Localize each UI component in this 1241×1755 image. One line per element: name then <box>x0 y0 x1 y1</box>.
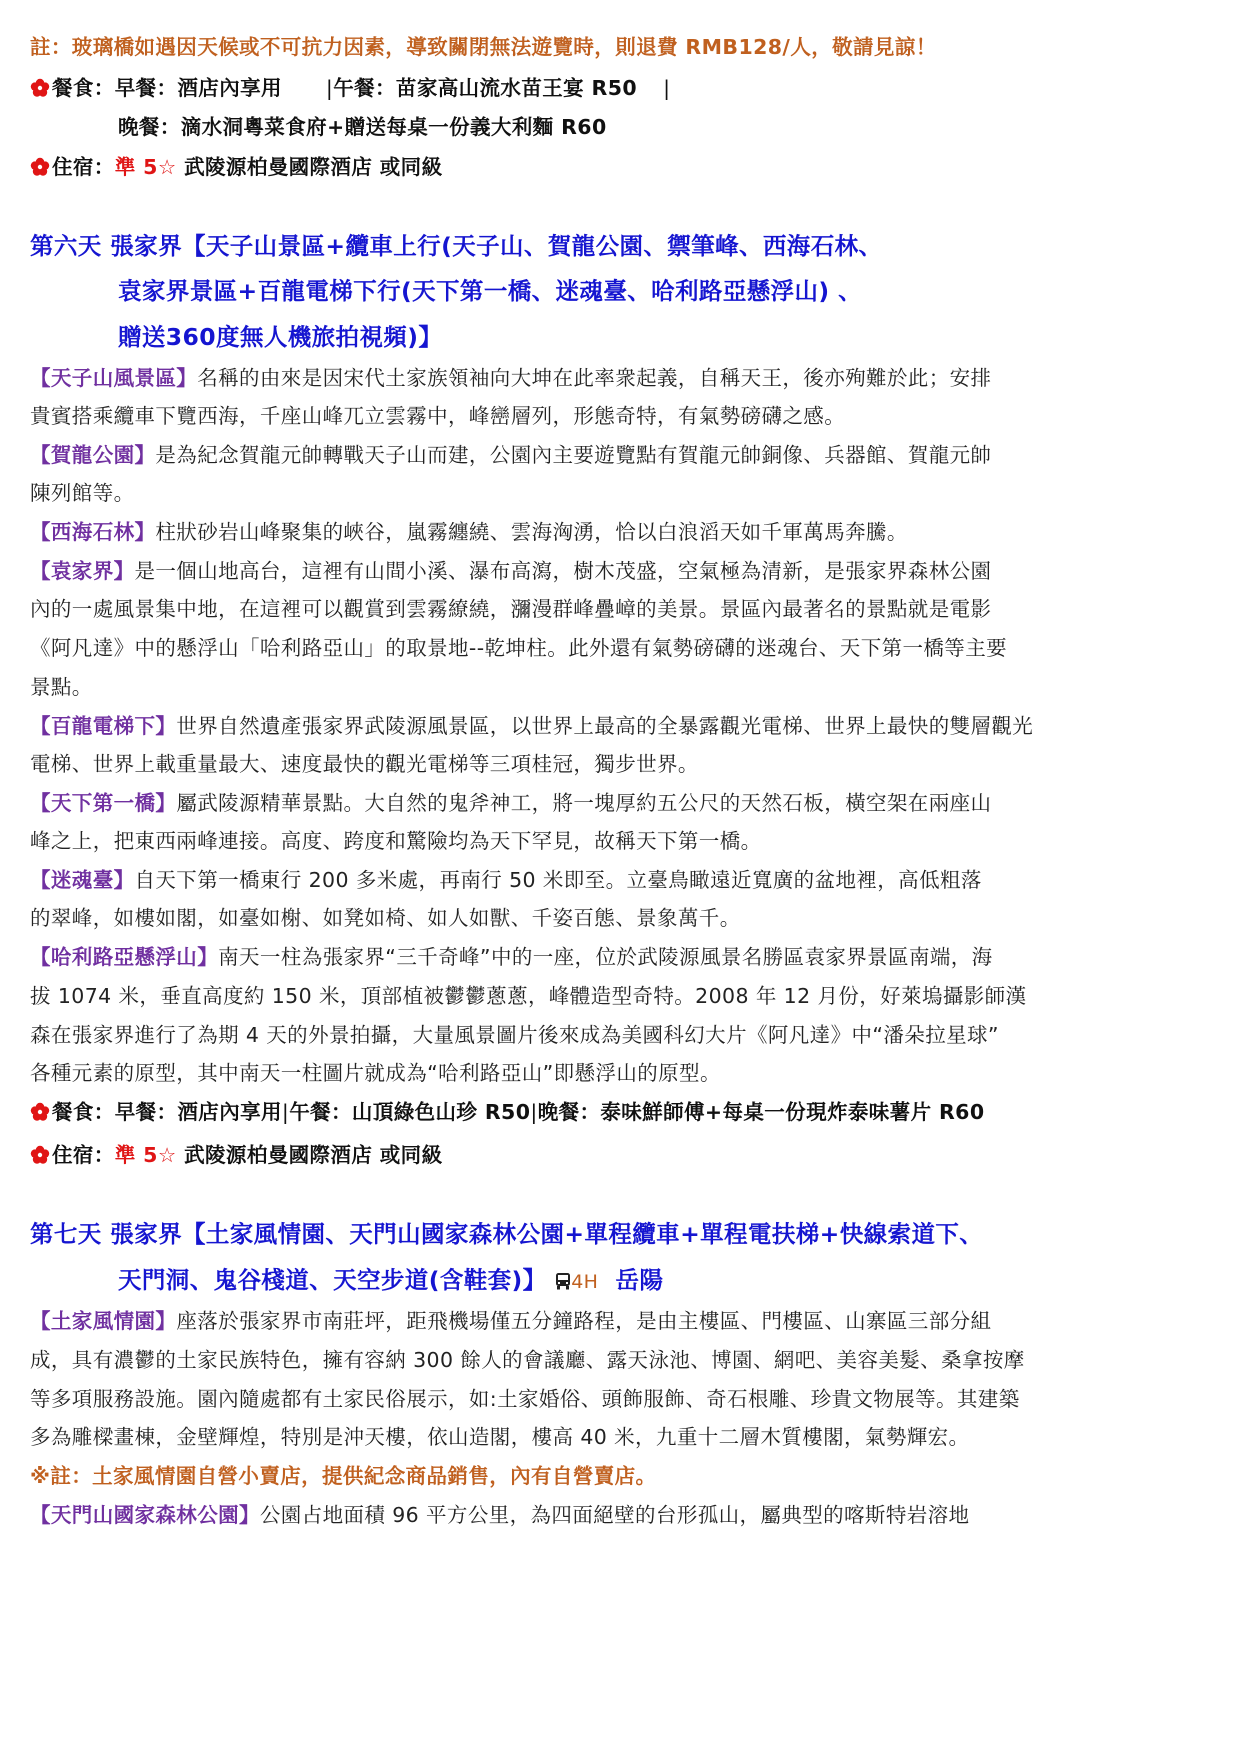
day6-title-line-1: 第六天 張家界【天子山景區+纜車上行(天子山、賀龍公園、禦筆峰、西海石林、 <box>30 229 882 263</box>
attraction-xihai-stone-forest: 【西海石林】柱狀砂岩山峰聚集的峽谷，嵐霧纏繞、雲海洶湧，恰以白浪滔天如千軍萬馬奔… <box>30 517 908 547</box>
flower-icon <box>30 1102 50 1122</box>
attraction-text: 峰之上，把東西兩峰連接。高度、跨度和驚險均為天下罕見，故稱天下第一橋。 <box>30 826 762 856</box>
attraction-bailong-elevator: 【百龍電梯下】世界自然遺產張家界武陵源風景區，以世界上最高的全暴露觀光電梯、世界… <box>30 711 1033 741</box>
flower-icon <box>30 1145 50 1165</box>
attraction-hallelujah-mountain: 【哈利路亞懸浮山】南天一柱為張家界“三千奇峰”中的一座，位於武陵源風景名勝區袁家… <box>30 942 993 972</box>
day7-title-line-1: 第七天 張家界【土家風情園、天門山國家森林公園+單程纜車+單程電扶梯+快線索道下… <box>30 1217 983 1251</box>
separator: | <box>663 76 670 100</box>
attraction-first-bridge: 【天下第一橋】屬武陵源精華景點。大自然的鬼斧神工，將一塊厚約五公尺的天然石板，橫… <box>30 788 991 818</box>
attraction-text: 貴賓搭乘纜車下覽西海，千座山峰兀立雲霧中，峰巒層列，形態奇特，有氣勢磅礴之感。 <box>30 401 845 431</box>
dinner: 晚餐：泰味鮮師傅+每桌一份現炸泰味薯片 R60 <box>538 1100 985 1124</box>
attraction-text: 各種元素的原型，其中南天一柱圖片就成為“哈利路亞山”即懸浮山的原型。 <box>30 1058 721 1088</box>
attraction-name: 【百龍電梯下】 <box>30 714 176 738</box>
attraction-name: 【天下第一橋】 <box>30 791 176 815</box>
attraction-yuanjiajie: 【袁家界】是一個山地高台，這裡有山間小溪、瀑布高瀉，樹木茂盛，空氣極為清新，是張… <box>30 556 991 586</box>
flower-icon <box>30 157 50 177</box>
attraction-tianzishan: 【天子山風景區】名稱的由來是因宋代土家族領袖向大坤在此率衆起義，自稱天王，後亦殉… <box>30 363 991 393</box>
attraction-tujia-park: 【土家風情園】座落於張家界市南莊坪，距飛機場僅五分鐘路程，是由主樓區、門樓區、山… <box>30 1306 991 1336</box>
attraction-name: 【哈利路亞懸浮山】 <box>30 945 218 969</box>
attraction-name: 【袁家界】 <box>30 559 135 583</box>
attraction-text: 《阿凡達》中的懸浮山「哈利路亞山」的取景地--乾坤柱。此外還有氣勢磅礴的迷魂台、… <box>30 633 1007 663</box>
attraction-mihun-terrace: 【迷魂臺】自天下第一橋東行 200 多米處，再南行 50 米即至。立臺鳥瞰遠近寬… <box>30 865 982 895</box>
hotel-label: 住宿： <box>52 155 115 179</box>
attraction-tianmen-mountain: 【天門山國家森林公園】公園占地面積 96 平方公里，為四面絕壁的台形孤山，屬典型… <box>30 1500 969 1530</box>
lunch: 午餐：山頂綠色山珍 R50 <box>289 1100 530 1124</box>
day6-title-line-3: 贈送360度無人機旅拍視頻)】 <box>118 320 442 354</box>
attraction-name: 【西海石林】 <box>30 520 155 544</box>
attraction-text: 拔 1074 米，垂直高度約 150 米，頂部植被鬱鬱蔥蔥，峰體造型奇特。200… <box>30 981 1026 1011</box>
day5-hotel: 住宿：準 5☆ 武陵源柏曼國際酒店 或同級 <box>30 152 442 182</box>
day6-title-line-2: 袁家界景區+百龍電梯下行(天下第一橋、迷魂臺、哈利路亞懸浮山) 、 <box>118 274 862 308</box>
transport-hours: 4H <box>571 1271 598 1293</box>
hotel-grade: 準 5 <box>115 155 158 179</box>
star-icon: ☆ <box>158 1143 177 1167</box>
attraction-name: 【天子山風景區】 <box>30 366 197 390</box>
attraction-text: 成，具有濃鬱的土家民族特色，擁有容納 300 餘人的會議廳、露天泳池、博園、網吧… <box>30 1345 1025 1375</box>
day6-meals: 餐食：早餐：酒店內享用|午餐：山頂綠色山珍 R50|晚餐：泰味鮮師傅+每桌一份現… <box>30 1097 985 1127</box>
bus-icon <box>555 1272 571 1290</box>
hotel-name: 武陵源柏曼國際酒店 或同級 <box>177 1143 443 1167</box>
hotel-grade: 準 5 <box>115 1143 158 1167</box>
attraction-helong-park: 【賀龍公園】是為紀念賀龍元帥轉戰天子山而建，公園內主要遊覽點有賀龍元帥銅像、兵器… <box>30 440 991 470</box>
attraction-text: 內的一處風景集中地，在這裡可以觀賞到雲霧繚繞，瀰漫群峰疊嶂的美景。景區內最著名的… <box>30 594 991 624</box>
attraction-text: 陳列館等。 <box>30 478 135 508</box>
meals-label: 餐食： <box>52 1100 115 1124</box>
attraction-text: 多為雕樑畫棟，金壁輝煌，特別是沖天樓，依山造閣，樓高 40 米，九重十二層木質樓… <box>30 1422 969 1452</box>
meals-label: 餐食： <box>52 76 115 100</box>
attraction-name: 【天門山國家森林公園】 <box>30 1503 260 1527</box>
hotel-label: 住宿： <box>52 1143 115 1167</box>
day7-title-line-2: 天門洞、鬼谷棧道、天空步道(含鞋套)】 4H 岳陽 <box>118 1263 663 1299</box>
attraction-text: 景點。 <box>30 672 93 702</box>
attraction-text: 等多項服務設施。園內隨處都有土家民俗展示，如:土家婚俗、頭飾服飾、奇石根雕、珍貴… <box>30 1384 1020 1414</box>
hotel-name: 武陵源柏曼國際酒店 或同級 <box>177 155 443 179</box>
attraction-text: 電梯、世界上載重量最大、速度最快的觀光電梯等三項桂冠，獨步世界。 <box>30 749 699 779</box>
star-icon: ☆ <box>158 155 177 179</box>
breakfast: 早餐：酒店內享用 <box>115 1100 282 1124</box>
attraction-name: 【賀龍公園】 <box>30 443 155 467</box>
attraction-name: 【土家風情園】 <box>30 1309 176 1333</box>
glass-bridge-note: 註：玻璃橋如遇因天候或不可抗力因素，導致關閉無法遊覽時，則退費 RMB128/人… <box>30 32 937 62</box>
day5-meals: 餐食：早餐：酒店內享用|午餐：苗家高山流水苗王宴 R50| <box>30 73 670 103</box>
day6-hotel: 住宿：準 5☆ 武陵源柏曼國際酒店 或同級 <box>30 1140 442 1170</box>
attraction-text: 的翠峰，如樓如閣，如臺如榭、如凳如椅、如人如獸、千姿百態、景象萬千。 <box>30 903 741 933</box>
flower-icon <box>30 78 50 98</box>
lunch: 午餐：苗家高山流水苗王宴 R50 <box>333 76 637 100</box>
shop-note: ※註：土家風情園自營小賣店，提供紀念商品銷售，內有自營賣店。 <box>30 1461 656 1491</box>
separator: | <box>530 1100 537 1124</box>
attraction-name: 【迷魂臺】 <box>30 868 135 892</box>
breakfast: 早餐：酒店內享用 <box>115 76 282 100</box>
destination: 岳陽 <box>616 1266 664 1294</box>
day5-dinner: 晚餐：滴水洞粵菜食府+贈送每桌一份義大利麵 R60 <box>118 112 607 142</box>
attraction-text: 森在張家界進行了為期 4 天的外景拍攝，大量風景圖片後來成為美國科幻大片《阿凡達… <box>30 1020 999 1050</box>
